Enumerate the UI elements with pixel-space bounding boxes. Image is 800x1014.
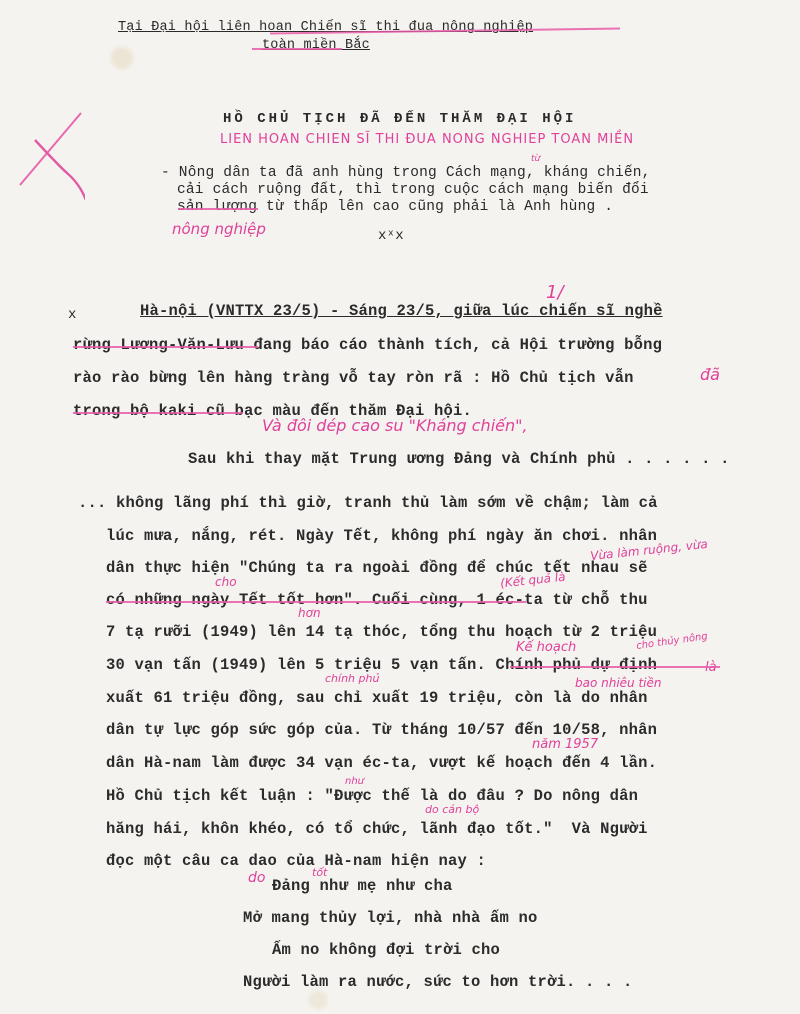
annotation-page-number: 1/ [546, 282, 564, 303]
paragraph-line-11: 30 vạn tấn (1949) lên 5 triệu 5 vạn tấn.… [106, 656, 657, 674]
annotation-dep-cao-su: Và đôi dép cao su "Kháng chiến", [262, 416, 528, 435]
paragraph-line-7: lúc mưa, nắng, rét. Ngày Tết, không phí … [106, 527, 657, 545]
header-line-2: toàn miền Bắc [262, 38, 370, 53]
poem-line-4: Người làm ra nước, sức to hơn trời. . . … [243, 973, 633, 991]
paragraph-line-8: dân thực hiện "Chúng ta ra ngoài đồng để… [106, 559, 648, 577]
document-page: Tại Đại hội liên hoan Chiến sĩ thi đua n… [0, 0, 800, 1014]
poem-line-1: Đảng như mẹ như cha [272, 877, 453, 895]
paragraph-line-9: có những ngày Tết tốt hơn". Cuối cùng, 1… [106, 591, 648, 609]
paragraph-line-3: rào rào bừng lên hàng tràng vỗ tay ròn r… [73, 369, 634, 387]
section-separator: xˣx [378, 228, 404, 244]
annotation-nong-nghiep: nông nghiệp [172, 220, 266, 238]
annotation-title-insert: LIEN HOAN CHIEN SĨ THI ĐUA NONG NGHIEP T… [220, 132, 634, 147]
annotation-nam-1957: năm 1957 [532, 737, 598, 752]
paragraph-line-16: hăng hái, khôn khéo, có tổ chức, lãnh đạ… [106, 820, 648, 838]
annotation-nhu: như [345, 776, 364, 787]
margin-cross-mark-icon [15, 105, 85, 200]
header-strike-2 [252, 48, 342, 50]
lede-line-2: cải cách ruộng đất, thì trong cuộc cách … [177, 182, 649, 198]
page-title: HỒ CHỦ TỊCH ĐÃ ĐẾN THĂM ĐẠI HỘI [223, 111, 576, 127]
annotation-hon: hơn [298, 606, 321, 620]
paragraph-line-17: đọc một câu ca dao của Hà-nam hiện nay : [106, 852, 486, 870]
annotation-tu: từ [531, 154, 540, 164]
strike-chinh-phu [510, 666, 720, 668]
strike-luong-van-luu [73, 346, 258, 348]
paragraph-line-14: dân Hà-nam làm được 34 vạn éc-ta, vượt k… [106, 754, 657, 772]
paragraph-line-10: 7 tạ rưỡi (1949) lên 14 tạ thóc, tổng th… [106, 623, 657, 641]
lede-line-1: - Nông dân ta đã anh hùng trong Cách mạn… [161, 165, 651, 181]
paragraph-line-5: Sau khi thay mặt Trung ương Đảng và Chín… [188, 450, 730, 468]
lede-line-3: sản lượng từ thấp lên cao cũng phải là A… [177, 199, 613, 215]
annotation-do-can-bo: do cán bộ [425, 803, 479, 816]
poem-line-3: Ấm no không đợi trời cho [272, 941, 500, 959]
strike-kaki [73, 412, 243, 414]
paragraph-line-15: Hồ Chủ tịch kết luận : "Được thế là do đ… [106, 787, 638, 805]
poem-line-2: Mở mang thủy lợi, nhà nhà ấm no [243, 909, 538, 927]
strike-cuoi-cung [106, 601, 526, 603]
annotation-da: đã [700, 365, 720, 384]
annotation-chinh-phu: chính phủ [325, 672, 379, 685]
paragraph-line-12: xuất 61 triệu đồng, sau chỉ xuất 19 triệ… [106, 689, 648, 707]
lede-strike [178, 208, 258, 210]
annotation-cho: cho [215, 575, 237, 589]
paragraph-line-1: Hà-nội (VNTTX 23/5) - Sáng 23/5, giữa lú… [140, 302, 663, 320]
margin-x-mark: x [68, 307, 77, 323]
annotation-do: do [248, 870, 265, 886]
annotation-ke-hoach: Kế hoạch [516, 640, 576, 655]
annotation-bao-nhieu-tien: bao nhiêu tiền [575, 676, 662, 690]
paragraph-line-6: ... không lãng phí thì giờ, tranh thủ là… [78, 494, 658, 512]
paragraph-line-2: rừng Lương-Văn-Lưu đang báo cáo thành tí… [73, 336, 662, 354]
